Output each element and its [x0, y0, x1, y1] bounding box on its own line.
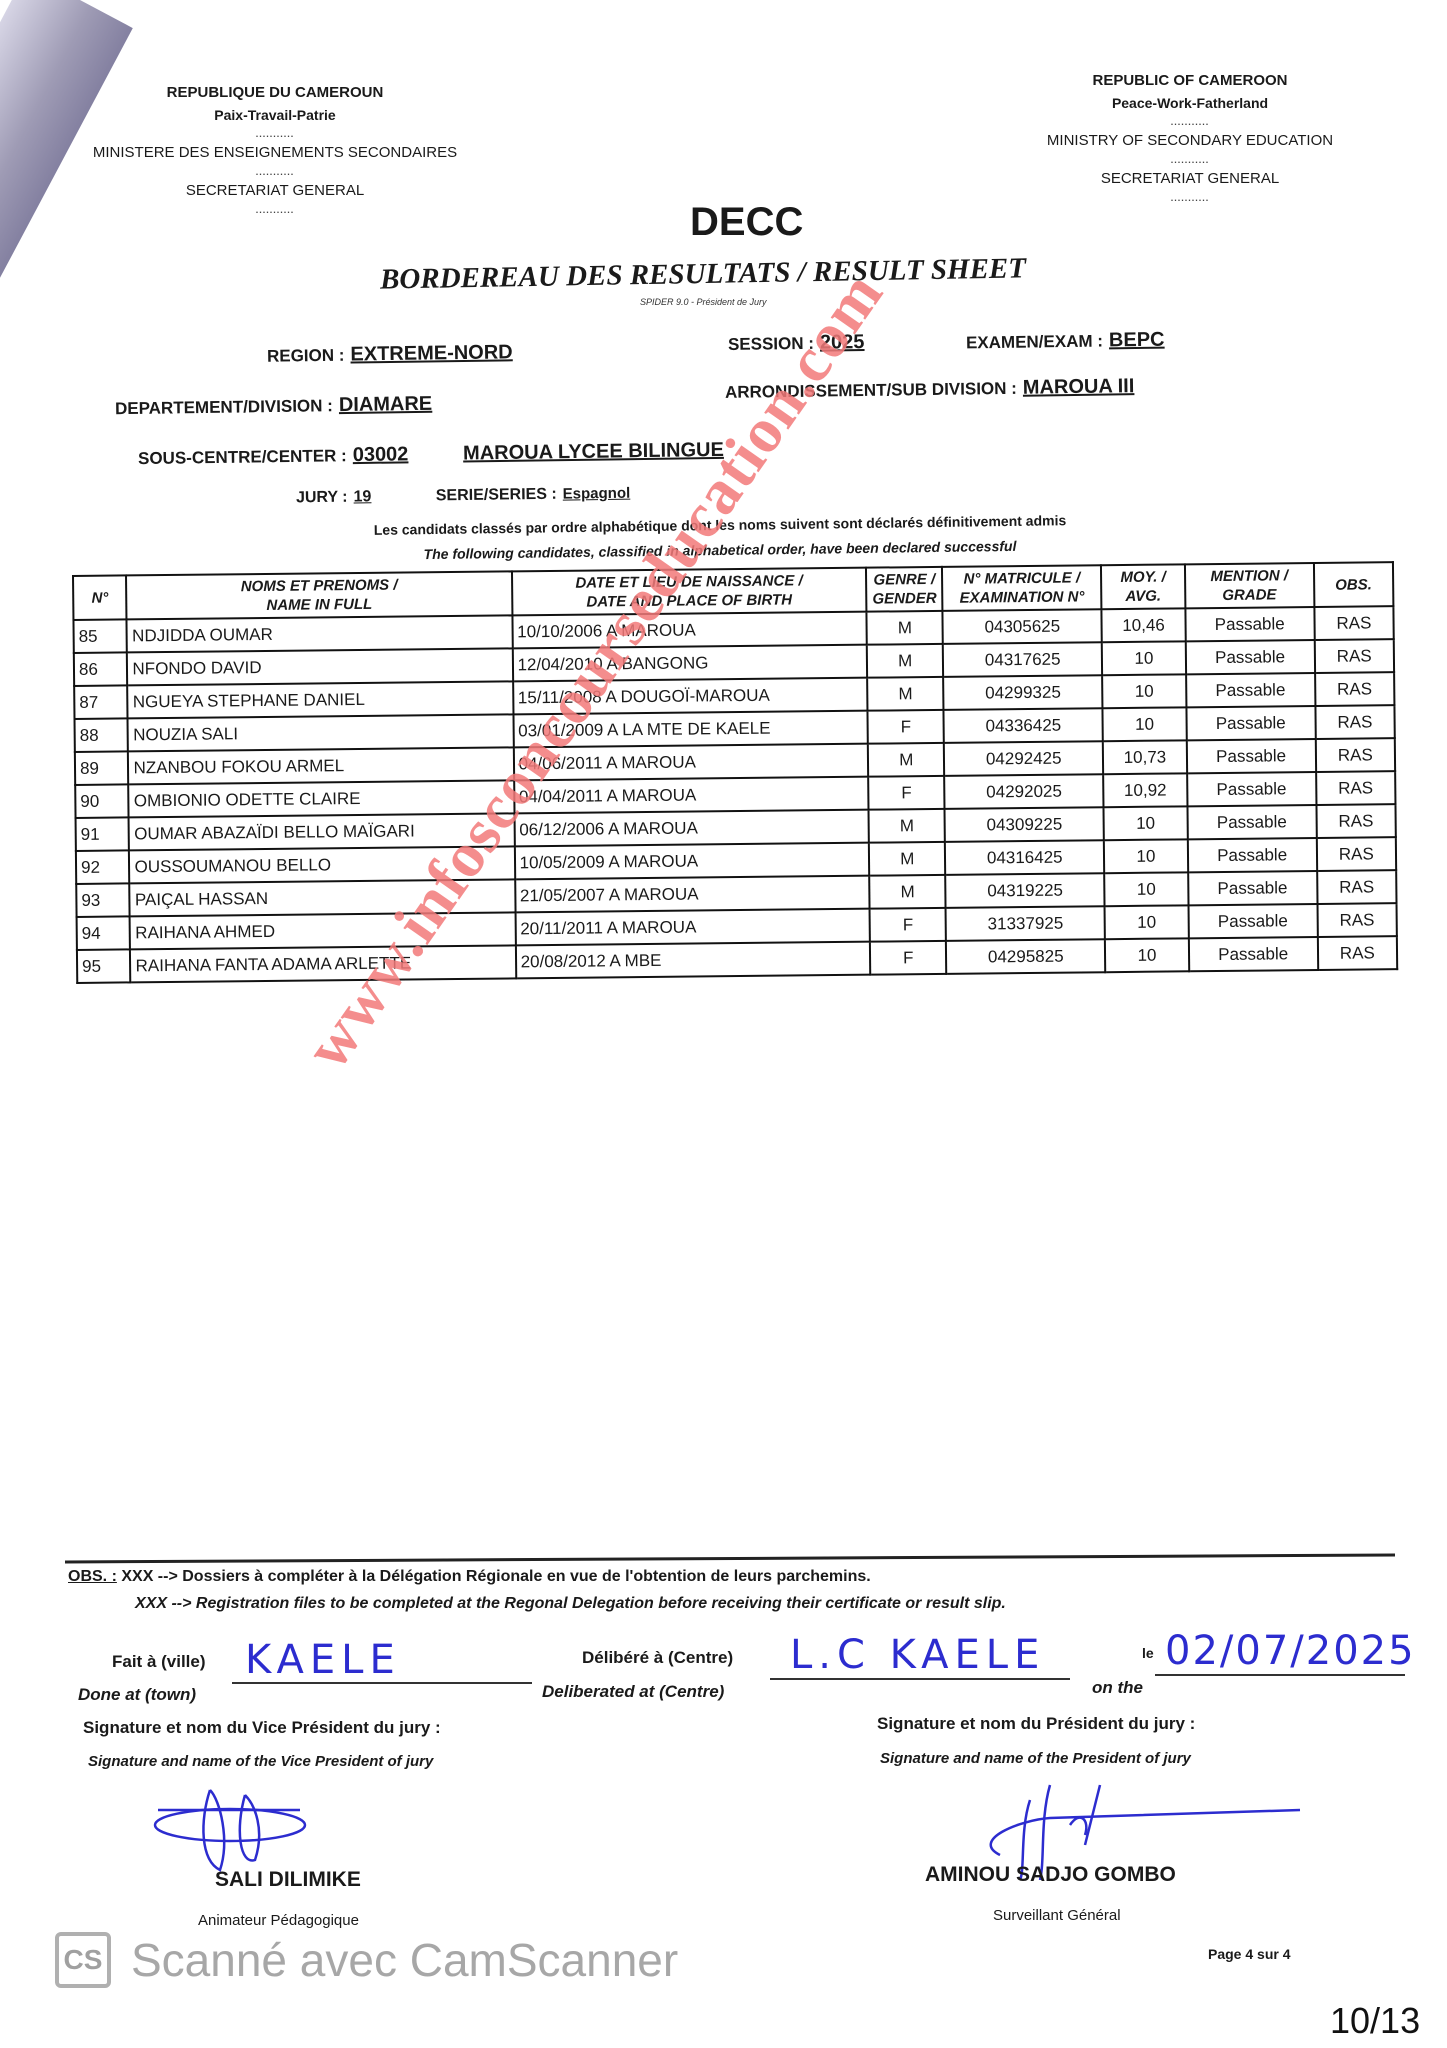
- page-number: Page 4 sur 4: [1208, 1946, 1291, 1962]
- date-label: le: [1142, 1645, 1154, 1661]
- document-title: BORDEREAU DES RESULTATS / RESULT SHEET: [380, 252, 1026, 296]
- cell-grade: Passable: [1189, 937, 1318, 971]
- cell-name: NDJIDDA OUMAR: [127, 615, 512, 652]
- cell-gender: M: [869, 809, 945, 843]
- cell-avg: 10,92: [1103, 773, 1187, 807]
- done-at-line: [232, 1682, 532, 1684]
- center-code: 03002: [353, 443, 409, 466]
- separator: ...........: [1000, 152, 1380, 168]
- secretariat-en: SECRETARIAT GENERAL: [1000, 168, 1380, 190]
- cell-avg: 10,73: [1103, 740, 1187, 774]
- org-name: DECC: [690, 200, 803, 245]
- cell-gender: F: [868, 710, 944, 744]
- cell-num: 95: [77, 949, 131, 983]
- cell-obs: RAS: [1314, 606, 1394, 640]
- obs-note-fr: OBS. : XXX --> Dossiers à compléter à la…: [68, 1568, 871, 1586]
- cell-obs: RAS: [1315, 738, 1395, 772]
- cell-matricule: 04309225: [945, 807, 1104, 842]
- cell-gender: F: [868, 776, 944, 810]
- cell-gender: M: [869, 842, 945, 876]
- vp-name: SALI DILIMIKE: [215, 1868, 361, 1892]
- cell-num: 88: [75, 718, 129, 752]
- cell-avg: 10: [1104, 872, 1188, 906]
- done-at-label-en: Done at (town): [78, 1685, 196, 1705]
- motto-fr: Paix-Travail-Patrie: [80, 104, 470, 126]
- cell-name: NFONDO DAVID: [127, 648, 512, 685]
- cell-obs: RAS: [1315, 672, 1395, 706]
- country-fr: REPUBLIQUE DU CAMEROUN: [80, 82, 470, 104]
- cell-num: 94: [77, 916, 131, 950]
- cell-grade: Passable: [1188, 904, 1317, 938]
- separator: ...........: [80, 164, 470, 180]
- camscanner-logo-icon: CS: [55, 1932, 111, 1988]
- ministry-en: MINISTRY OF SECONDARY EDUCATION: [1000, 130, 1380, 152]
- deliberated-line: [770, 1678, 1070, 1680]
- col-avg: MOY. /AVG.: [1101, 564, 1185, 609]
- cell-obs: RAS: [1315, 705, 1395, 739]
- cell-num: 93: [76, 883, 130, 917]
- president-role: Surveillant Général: [993, 1907, 1121, 1924]
- separator: ...........: [80, 126, 470, 142]
- ministry-fr: MINISTERE DES ENSEIGNEMENTS SECONDAIRES: [80, 142, 470, 164]
- cell-avg: 10: [1102, 674, 1186, 708]
- cell-matricule: 04299325: [943, 675, 1102, 710]
- exam-value: BEPC: [1109, 329, 1165, 352]
- cell-num: 87: [74, 685, 128, 719]
- cell-grade: Passable: [1187, 805, 1316, 839]
- image-counter: 10/13: [1330, 2000, 1420, 2042]
- cell-birth: 20/08/2012 A MBE: [515, 942, 870, 979]
- cell-obs: RAS: [1314, 639, 1394, 673]
- done-at-label: Fait à (ville): [112, 1652, 206, 1672]
- cell-avg: 10: [1105, 938, 1189, 972]
- president-signature-label-en: Signature and name of the President of j…: [880, 1750, 1191, 1767]
- center-field: SOUS-CENTRE/CENTER :03002 MAROUA LYCEE B…: [138, 439, 724, 470]
- cell-name: RAIHANA FANTA ADAMA ARLETTE: [130, 945, 515, 982]
- cell-obs: RAS: [1317, 870, 1397, 904]
- country-en: REPUBLIC OF CAMEROON: [1000, 70, 1380, 92]
- separator: ...........: [1000, 114, 1380, 130]
- date-label-en: on the: [1092, 1678, 1143, 1698]
- cell-num: 90: [75, 784, 129, 818]
- col-obs: OBS.: [1314, 562, 1394, 607]
- division-field: DEPARTEMENT/DIVISION :DIAMARE: [115, 393, 433, 420]
- results-table: N° NOMS ET PRENOMS /NAME IN FULL DATE ET…: [72, 561, 1398, 984]
- col-gender: GENRE /GENDER: [866, 567, 942, 612]
- deliberated-label-en: Deliberated at (Centre): [542, 1682, 724, 1702]
- cell-matricule: 04292425: [944, 741, 1103, 776]
- cell-matricule: 04305625: [943, 609, 1102, 644]
- cell-obs: RAS: [1317, 936, 1397, 970]
- cell-matricule: 04292025: [944, 774, 1103, 809]
- cell-gender: F: [870, 941, 946, 975]
- header-right: REPUBLIC OF CAMEROON Peace-Work-Fatherla…: [1000, 70, 1380, 206]
- exam-field: EXAMEN/EXAM :BEPC: [966, 329, 1165, 355]
- deliberated-label: Délibéré à (Centre): [582, 1648, 733, 1668]
- cell-avg: 10,46: [1102, 608, 1186, 642]
- motto-en: Peace-Work-Fatherland: [1000, 92, 1380, 114]
- cell-grade: Passable: [1185, 607, 1314, 641]
- cell-birth: 21/05/2007 A MAROUA: [515, 876, 870, 913]
- camscanner-mark: CS Scanné avec CamScanner: [55, 1932, 678, 1988]
- cell-grade: Passable: [1187, 838, 1316, 872]
- cell-grade: Passable: [1186, 706, 1315, 740]
- divider: [65, 1554, 1395, 1564]
- col-name: NOMS ET PRENOMS /NAME IN FULL: [126, 571, 512, 619]
- jury-value: 19: [353, 488, 371, 505]
- cell-num: 89: [75, 751, 129, 785]
- obs-note-en: XXX --> Registration files to be complet…: [135, 1595, 1006, 1613]
- cell-birth: 10/10/2006 A MAROUA: [512, 612, 867, 649]
- cell-num: 86: [74, 652, 128, 686]
- col-matricule: N° MATRICULE /EXAMINATION N°: [942, 565, 1102, 611]
- cell-avg: 10: [1103, 707, 1187, 741]
- cell-avg: 10: [1104, 806, 1188, 840]
- software-note: SPIDER 9.0 - Président de Jury: [640, 297, 767, 307]
- division-value: DIAMARE: [339, 393, 433, 416]
- cell-grade: Passable: [1185, 640, 1314, 674]
- jury-field: JURY :19 SERIE/SERIES :Espagnol: [296, 485, 630, 508]
- cell-gender: F: [870, 908, 946, 942]
- date-line: [1155, 1674, 1405, 1676]
- cell-grade: Passable: [1186, 673, 1315, 707]
- cell-birth: 10/05/2009 A MAROUA: [514, 843, 869, 880]
- vp-signature-label: Signature et nom du Vice Président du ju…: [83, 1718, 441, 1738]
- vp-signature-label-en: Signature and name of the Vice President…: [88, 1753, 433, 1770]
- center-name: MAROUA LYCEE BILINGUE: [463, 439, 724, 465]
- col-grade: MENTION /GRADE: [1185, 563, 1314, 608]
- cell-obs: RAS: [1316, 804, 1396, 838]
- cell-birth: 20/11/2011 A MAROUA: [515, 909, 870, 946]
- cell-matricule: 04295825: [946, 939, 1105, 974]
- cell-gender: M: [867, 677, 943, 711]
- camscanner-text: Scanné avec CamScanner: [131, 1933, 678, 1987]
- cell-num: 91: [76, 817, 130, 851]
- series-value: Espagnol: [563, 485, 631, 503]
- cell-num: 92: [76, 850, 130, 884]
- cell-obs: RAS: [1316, 771, 1396, 805]
- date-handwritten: 02/07/2025: [1165, 1628, 1416, 1674]
- cell-gender: M: [869, 875, 945, 909]
- vp-role: Animateur Pédagogique: [198, 1912, 359, 1929]
- deliberated-handwritten: L.C KAELE: [790, 1632, 1045, 1678]
- region-field: REGION :EXTREME-NORD: [267, 341, 513, 367]
- done-at-handwritten: KAELE: [245, 1637, 401, 1683]
- cell-avg: 10: [1105, 905, 1189, 939]
- separator: ...........: [80, 202, 470, 218]
- cell-birth: 06/12/2006 A MAROUA: [514, 810, 869, 847]
- cell-avg: 10: [1102, 641, 1186, 675]
- cell-name: NGUEYA STEPHANE DANIEL: [128, 681, 513, 718]
- president-name: AMINOU SADJO GOMBO: [925, 1863, 1176, 1887]
- cell-matricule: 31337925: [946, 906, 1105, 941]
- cell-matricule: 04317625: [943, 642, 1102, 677]
- cell-gender: M: [868, 743, 944, 777]
- header-left: REPUBLIQUE DU CAMEROUN Paix-Travail-Patr…: [80, 82, 470, 218]
- cell-name: NOUZIA SALI: [128, 714, 513, 751]
- cell-gender: M: [867, 644, 943, 678]
- cell-obs: RAS: [1316, 837, 1396, 871]
- cell-grade: Passable: [1188, 871, 1317, 905]
- cell-obs: RAS: [1317, 903, 1397, 937]
- cell-grade: Passable: [1187, 772, 1316, 806]
- cell-name: NZANBOU FOKOU ARMEL: [128, 747, 513, 784]
- separator: ...........: [1000, 190, 1380, 206]
- president-signature-label: Signature et nom du Président du jury :: [877, 1714, 1195, 1734]
- secretariat-fr: SECRETARIAT GENERAL: [80, 180, 470, 202]
- cell-avg: 10: [1104, 839, 1188, 873]
- cell-grade: Passable: [1186, 739, 1315, 773]
- cell-matricule: 04316425: [945, 840, 1104, 875]
- col-num: N°: [73, 575, 127, 620]
- cell-birth: 04/04/2011 A MAROUA: [514, 777, 869, 814]
- subdivision-value: MAROUA III: [1023, 375, 1135, 399]
- cell-num: 85: [73, 619, 127, 653]
- cell-matricule: 04336425: [944, 708, 1103, 743]
- cell-matricule: 04319225: [945, 873, 1104, 908]
- region-value: EXTREME-NORD: [350, 341, 513, 365]
- cell-gender: M: [867, 611, 943, 645]
